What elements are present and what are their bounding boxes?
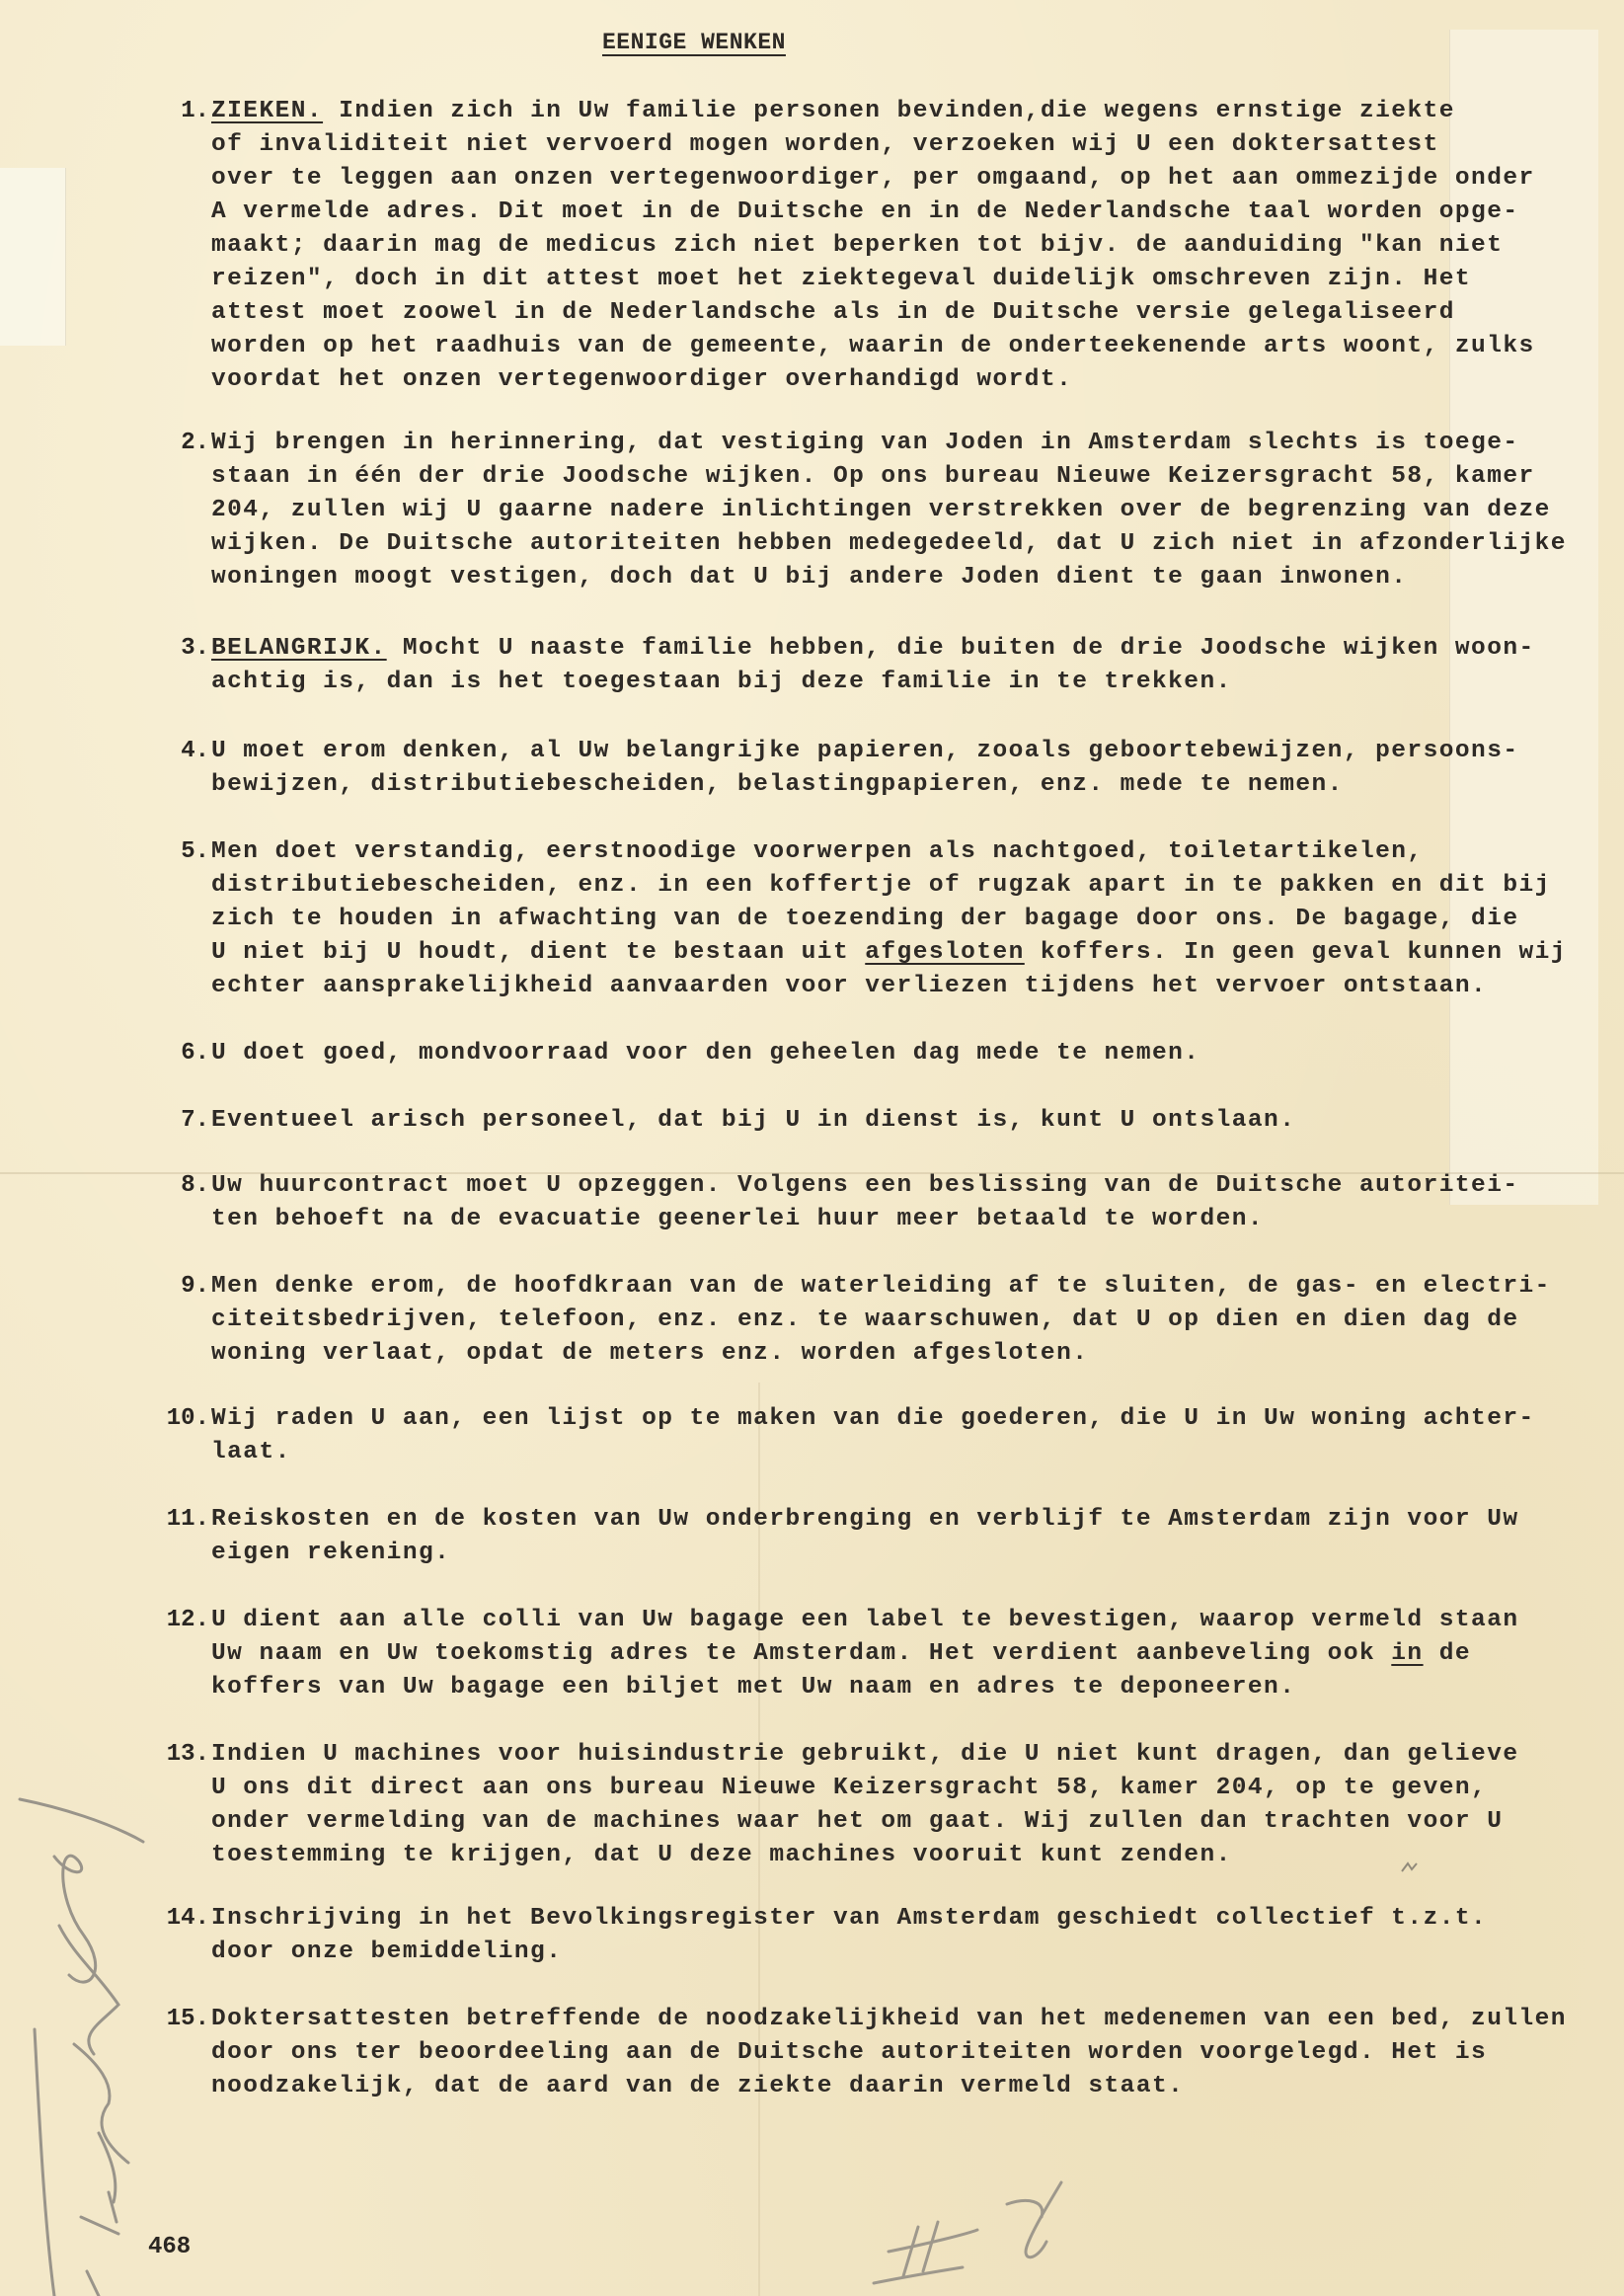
line-with-underline: U niet bij U houdt, dient te bestaan uit… — [211, 936, 1567, 970]
item-number: 10. — [130, 1402, 209, 1436]
item-text: Reiskosten en de kosten van Uw onderbren… — [211, 1503, 1519, 1570]
item-text: Wij brengen in herinnering, dat vestigin… — [211, 427, 1567, 594]
item-heading: BELANGRIJK. — [211, 635, 387, 662]
item-text: U doet goed, mondvoorraad voor den gehee… — [211, 1037, 1199, 1070]
item-text: Uw huurcontract moet U opzeggen. Volgens… — [211, 1169, 1519, 1236]
item-text: Men denke erom, de hoofdkraan van de wat… — [211, 1270, 1551, 1371]
item-number: 15. — [130, 2003, 209, 2036]
item-number: 13. — [130, 1738, 209, 1772]
item-text: Men doet verstandig, eerstnoodige voorwe… — [211, 835, 1567, 1003]
underlined-word: afgesloten — [865, 939, 1025, 966]
item-text: U dient aan alle colli van Uw bagage een… — [211, 1604, 1519, 1704]
item-text: U moet erom denken, al Uw belangrijke pa… — [211, 735, 1519, 802]
item-number: 1. — [130, 95, 209, 128]
item-text: Wij raden U aan, een lijst op te maken v… — [211, 1402, 1535, 1469]
line-with-underline: Uw naam en Uw toekomstig adres te Amster… — [211, 1637, 1519, 1671]
item-text: BELANGRIJK. Mocht U naaste familie hebbe… — [211, 632, 1535, 699]
item-number: 5. — [130, 835, 209, 869]
item-number: 3. — [130, 632, 209, 666]
item-number: 9. — [130, 1270, 209, 1304]
item-text: Eventueel arisch personeel, dat bij U in… — [211, 1104, 1295, 1138]
item-number: 7. — [130, 1104, 209, 1138]
underlined-word: in — [1391, 1640, 1423, 1667]
item-number: 6. — [130, 1037, 209, 1070]
item-text: ZIEKEN. Indien zich in Uw familie person… — [211, 95, 1535, 397]
item-number: 11. — [130, 1503, 209, 1537]
item-text: Indien U machines voor huisindustrie geb… — [211, 1738, 1519, 1872]
page-number: 468 — [148, 2234, 191, 2260]
item-text: Inschrijving in het Bevolkingsregister v… — [211, 1902, 1487, 1969]
document-title: EENIGE WENKEN — [602, 30, 786, 55]
item-number: 12. — [130, 1604, 209, 1637]
item-number: 4. — [130, 735, 209, 768]
item-number: 14. — [130, 1902, 209, 1936]
item-text: Doktersattesten betreffende de noodzakel… — [211, 2003, 1567, 2103]
item-heading: ZIEKEN. — [211, 98, 323, 124]
paper-patch-left — [0, 168, 66, 346]
item-number: 2. — [130, 427, 209, 460]
item-number: 8. — [130, 1169, 209, 1203]
